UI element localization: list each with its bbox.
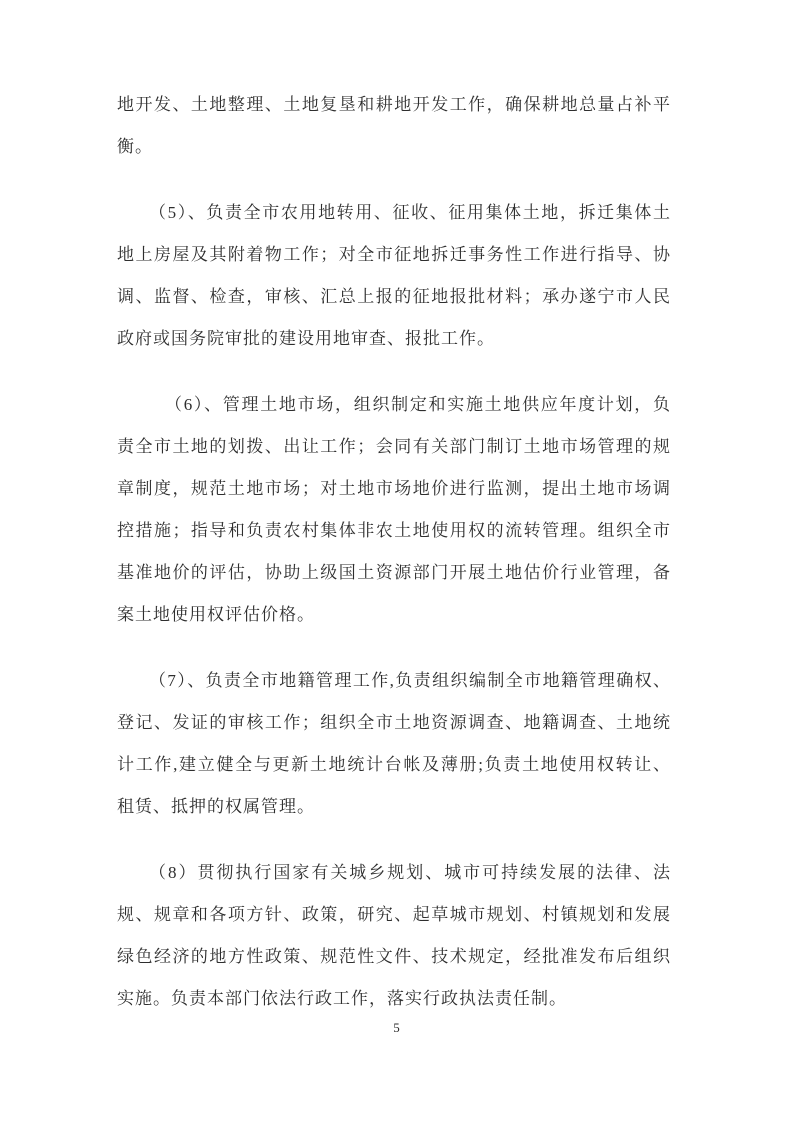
text-line: （7）、负责全市地籍管理工作,负责组织编制全市地籍管理确权、 xyxy=(117,660,671,702)
text-line: 租赁、抵押的权属管理。 xyxy=(117,786,671,828)
text-line: 控措施；指导和负责农村集体非农土地使用权的流转管理。组织全市 xyxy=(117,510,671,552)
para-8: （8）贯彻执行国家有关城乡规划、城市可持续发展的法律、法规、规章和各项方针、政策… xyxy=(117,852,671,1020)
text-line: （8）贯彻执行国家有关城乡规划、城市可持续发展的法律、法 xyxy=(117,852,671,894)
text-line: 地上房屋及其附着物工作；对全市征地拆迁事务性工作进行指导、协 xyxy=(117,234,671,276)
text-line: （6）、管理土地市场，组织制定和实施土地供应年度计划，负 xyxy=(117,384,671,426)
para-5: （5）、负责全市农用地转用、征收、征用集体土地，拆迁集体土地上房屋及其附着物工作… xyxy=(117,192,671,360)
para-4-continuation: 地开发、土地整理、土地复垦和耕地开发工作，确保耕地总量占补平衡。 xyxy=(117,84,671,168)
text-line: 绿色经济的地方性政策、规范性文件、技术规定，经批准发布后组织 xyxy=(117,936,671,978)
para-7: （7）、负责全市地籍管理工作,负责组织编制全市地籍管理确权、登记、发证的审核工作… xyxy=(117,660,671,828)
text-line: 基准地价的评估，协助上级国土资源部门开展土地估价行业管理，备 xyxy=(117,552,671,594)
document-body: 地开发、土地整理、土地复垦和耕地开发工作，确保耕地总量占补平衡。（5）、负责全市… xyxy=(117,84,671,1020)
text-line: 章制度，规范土地市场；对土地市场地价进行监测，提出土地市场调 xyxy=(117,468,671,510)
text-line: 责全市土地的划拨、出让工作；会同有关部门制订土地市场管理的规 xyxy=(117,426,671,468)
text-line: （5）、负责全市农用地转用、征收、征用集体土地，拆迁集体土 xyxy=(117,192,671,234)
text-line: 政府或国务院审批的建设用地审查、报批工作。 xyxy=(117,318,671,360)
para-6: （6）、管理土地市场，组织制定和实施土地供应年度计划，负责全市土地的划拨、出让工… xyxy=(117,384,671,636)
text-line: 地开发、土地整理、土地复垦和耕地开发工作，确保耕地总量占补平 xyxy=(117,84,671,126)
text-line: 案土地使用权评估价格。 xyxy=(117,594,671,636)
document-page: 地开发、土地整理、土地复垦和耕地开发工作，确保耕地总量占补平衡。（5）、负责全市… xyxy=(0,0,793,1122)
text-line: 衡。 xyxy=(117,126,671,168)
text-line: 实施。负责本部门依法行政工作，落实行政执法责任制。 xyxy=(117,978,671,1020)
text-line: 规、规章和各项方针、政策，研究、起草城市规划、村镇规划和发展 xyxy=(117,894,671,936)
text-line: 调、监督、检查，审核、汇总上报的征地报批材料；承办遂宁市人民 xyxy=(117,276,671,318)
page-number: 5 xyxy=(0,1020,793,1040)
text-line: 计工作,建立健全与更新土地统计台帐及薄册;负责土地使用权转让、 xyxy=(117,744,671,786)
text-line: 登记、发证的审核工作；组织全市土地资源调查、地籍调查、土地统 xyxy=(117,702,671,744)
